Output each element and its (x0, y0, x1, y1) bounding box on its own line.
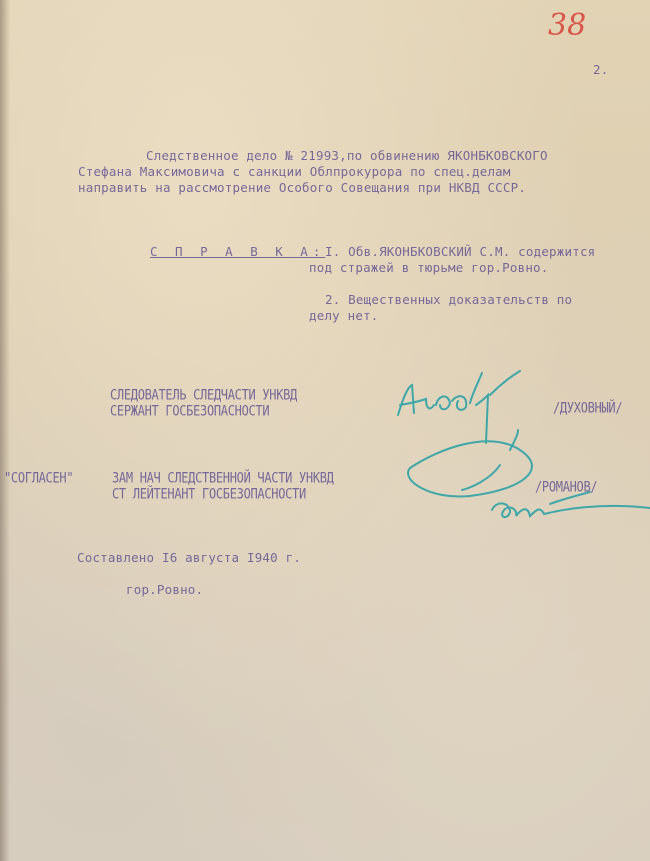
investigator-title-line-2: СЕРЖАНТ ГОСБЕЗОПАСНОСТИ (110, 403, 269, 420)
investigator-title-line-1: СЛЕДОВАТЕЛЬ СЛЕДЧАСТИ УНКВД (110, 387, 297, 404)
resolution-line-2: Стефана Максимовича с санкции Облпрокуро… (78, 164, 511, 179)
document-page: 38 2. Следственное дело № 21993,по обвин… (0, 0, 650, 861)
place-line: гор.Ровно. (126, 582, 203, 597)
folio-number: 38 (548, 8, 586, 43)
deputy-title-line-1: ЗАМ НАЧ СЛЕДСТВЕННОЙ ЧАСТИ УНКВД (112, 470, 334, 487)
deputy-name: /РОМАНОВ/ (535, 479, 597, 496)
deputy-signature-icon (400, 430, 650, 530)
spravka-item-2-line-2: делу нет. (309, 308, 379, 323)
investigator-name: /ДУХОВНЫЙ/ (553, 400, 622, 417)
resolution-line-1: Следственное дело № 21993,по обвинению Я… (146, 148, 548, 163)
approval-mark: "СОГЛАСЕН" (4, 470, 73, 487)
date-line: Составлено I6 августа I940 г. (77, 550, 301, 565)
spravka-item-1-line-1: I. Обв.ЯКОНБКОВСКИЙ С.М. содержится (325, 244, 595, 259)
spravka-item-1-line-2: под стражей в тюрьме гор.Ровно. (309, 260, 549, 275)
spravka-heading: С П Р А В К А: (150, 244, 325, 259)
spravka-item-2-line-1: 2. Вещественных доказательств по (325, 292, 572, 307)
page-number: 2. (593, 62, 608, 77)
resolution-line-3: направить на рассмотрение Особого Совеща… (78, 180, 526, 195)
deputy-title-line-2: СТ ЛЕЙТЕНАНТ ГОСБЕЗОПАСНОСТИ (112, 486, 306, 503)
